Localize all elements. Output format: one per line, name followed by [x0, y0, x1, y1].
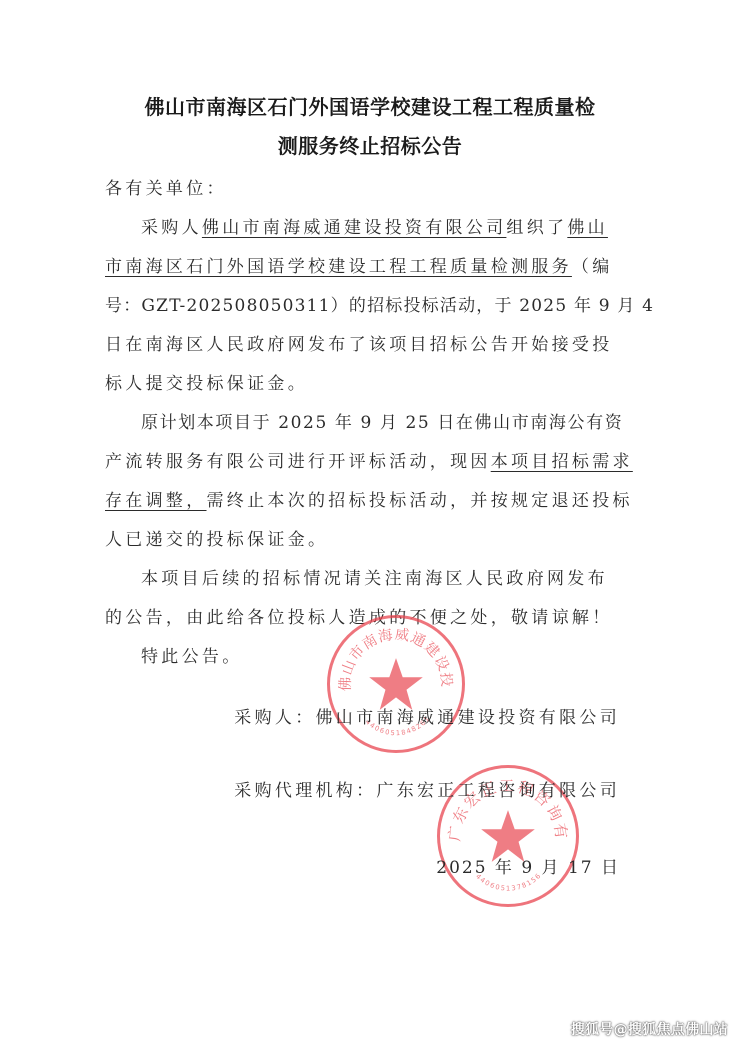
agency-signature: 采购代理机构：广东宏正工程咨询有限公司: [234, 776, 620, 801]
paragraph-1-line-1: 采购人佛山市南海威通建设投资有限公司组织了佛山: [141, 213, 656, 238]
p1-text: （编: [572, 257, 613, 277]
paragraph-1-line-3: 号：GZT-202508050311）的招标投标活动，于 2025 年 9 月 …: [105, 291, 620, 316]
document-page: 佛山市南海区石门外国语学校建设工程工程质量检 测服务终止招标公告 各有关单位： …: [0, 0, 740, 1047]
paragraph-2-line-4: 人已递交的投标保证金。: [105, 525, 620, 550]
reason-underlined: 本项目招标需求: [491, 452, 633, 472]
seal-star-icon: 佛山市南海威通建设投资有限公司 4406051848261: [330, 618, 462, 750]
document-title-line-1: 佛山市南海区石门外国语学校建设工程工程质量检: [80, 91, 660, 120]
p1-text: 采购人: [141, 218, 202, 238]
paragraph-2-line-1: 原计划本项目于 2025 年 9 月 25 日在佛山市南海公有资: [141, 408, 656, 433]
project-name-underlined: 佛山: [567, 218, 608, 238]
source-watermark: 搜狐号@搜狐焦点佛山站: [571, 1019, 728, 1039]
paragraph-1-line-4: 日在南海区人民政府网发布了该项目招标公告开始接受投: [105, 330, 620, 355]
paragraph-3-line-1: 本项目后续的招标情况请关注南海区人民政府网发布: [141, 564, 656, 589]
p2-text: 产流转服务有限公司进行开评标活动，现因: [105, 452, 491, 472]
reason-underlined: 存在调整，: [105, 491, 207, 511]
purchaser-name-underlined: 佛山市南海威通建设投资有限公司: [202, 218, 507, 238]
paragraph-2-line-3: 存在调整，需终止本次的招标投标活动，并按规定退还投标: [105, 486, 620, 511]
project-name-underlined: 市南海区石门外国语学校建设工程工程质量检测服务: [105, 257, 572, 277]
document-date: 2025 年 9 月 17 日: [436, 853, 620, 878]
p1-text: 组织了: [506, 218, 567, 238]
purchaser-signature: 采购人：佛山市南海威通建设投资有限公司: [234, 703, 620, 728]
paragraph-1-line-2: 市南海区石门外国语学校建设工程工程质量检测服务（编: [105, 252, 620, 277]
salutation: 各有关单位：: [105, 174, 620, 199]
purchaser-company-seal: 佛山市南海威通建设投资有限公司 4406051848261: [327, 615, 465, 753]
paragraph-1-line-5: 标人提交投标保证金。: [105, 369, 620, 394]
document-title-line-2: 测服务终止招标公告: [80, 130, 660, 159]
p2-text: 需终止本次的招标投标活动，并按规定退还投标: [207, 491, 633, 511]
paragraph-2-line-2: 产流转服务有限公司进行开评标活动，现因本项目招标需求: [105, 447, 620, 472]
